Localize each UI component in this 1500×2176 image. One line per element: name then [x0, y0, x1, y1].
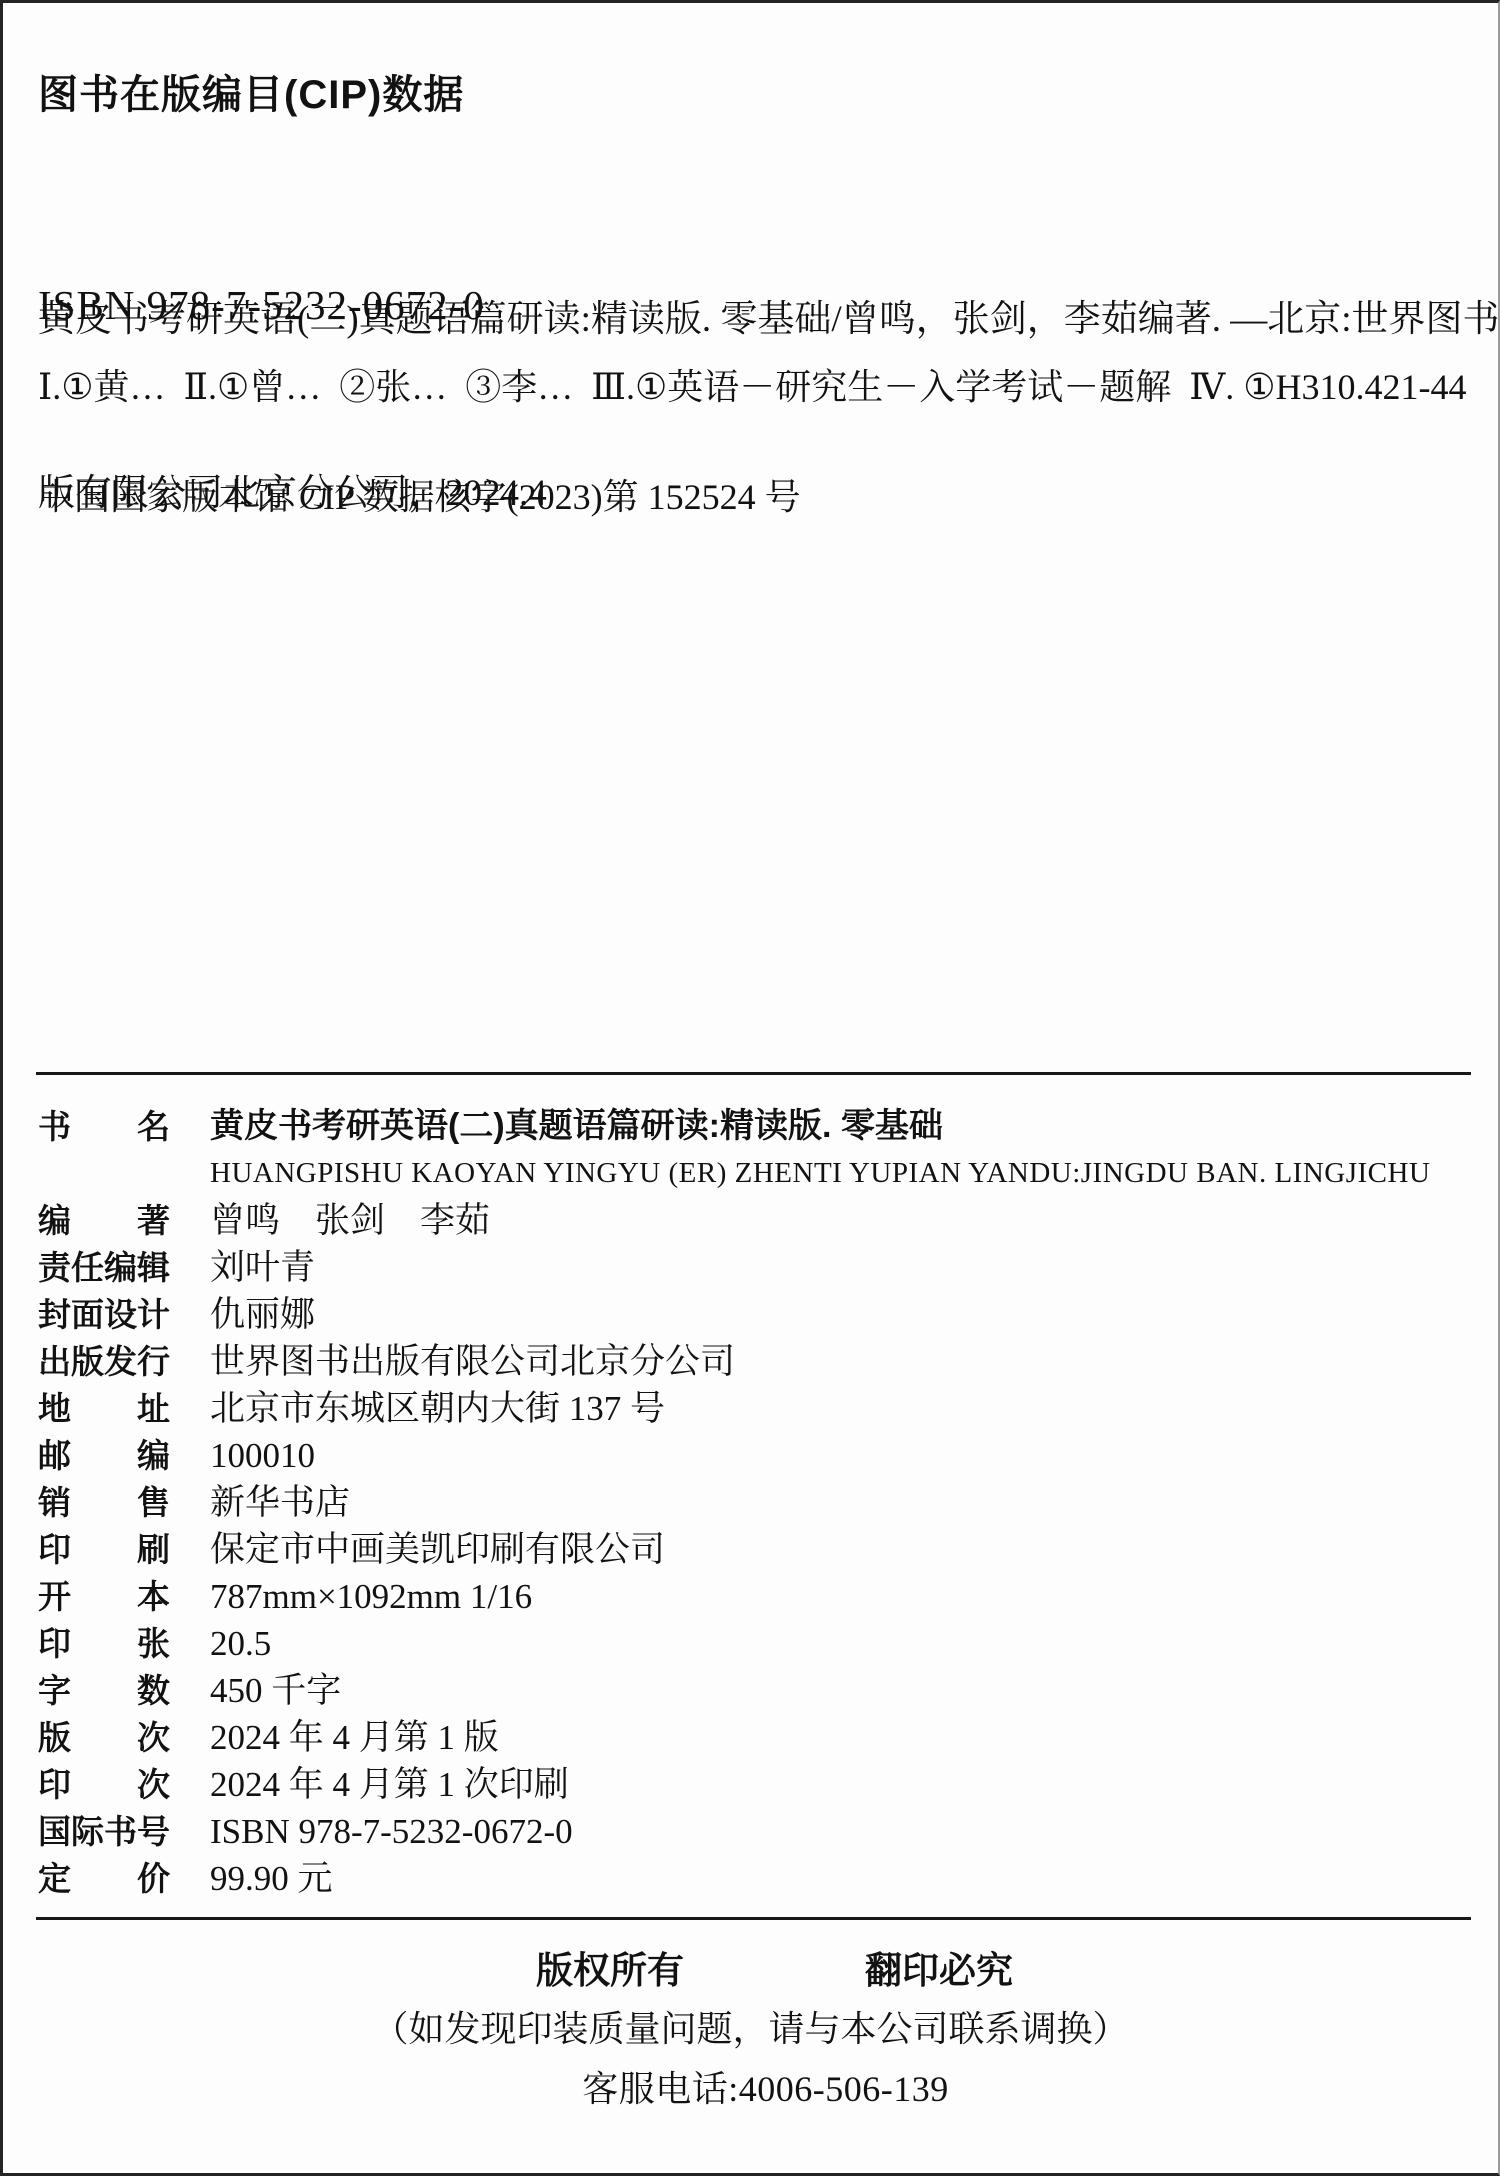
colophon-row-value: 99.90 元	[170, 1855, 333, 1902]
colophon-row-value: 2024 年 4 月第 1 版	[170, 1714, 499, 1761]
colophon-row-distribution: 销售 新华书店	[38, 1479, 1466, 1526]
colophon-row-label: 开本	[38, 1573, 170, 1620]
colophon-row-book-title: 书名 黄皮书考研英语(二)真题语篇研读:精读版. 零基础	[38, 1103, 1466, 1150]
service-hotline: 客服电话:4006-506-139	[33, 2061, 1498, 2112]
colophon-row-value: 刘叶青	[170, 1244, 315, 1291]
colophon-row-label: 印刷	[38, 1526, 170, 1573]
colophon-row-editor: 责任编辑 刘叶青	[38, 1244, 1466, 1291]
colophon-row-value: 北京市东城区朝内大街 137 号	[170, 1385, 665, 1432]
no-reprint-label: 翻印必究	[865, 1951, 1013, 1991]
colophon-row-label: 书名	[38, 1103, 170, 1150]
colophon-row-isbn: 国际书号 ISBN 978-7-5232-0672-0	[38, 1808, 1466, 1855]
colophon-row-label: 出版发行	[38, 1338, 170, 1385]
colophon-row-value: 787mm×1092mm 1/16	[170, 1573, 532, 1620]
cip-header: 图书在版编目(CIP)数据	[38, 63, 464, 120]
colophon-row-printer: 印刷 保定市中画美凯印刷有限公司	[38, 1526, 1466, 1573]
colophon-row-value: 仇丽娜	[170, 1291, 315, 1338]
colophon-row-value: 世界图书出版有限公司北京分公司	[170, 1338, 735, 1385]
colophon-row-value: 20.5	[170, 1620, 271, 1667]
colophon-row-pinyin: HUANGPISHU KAOYAN YINGYU (ER) ZHENTI YUP…	[38, 1150, 1466, 1197]
divider-line-bottom	[36, 1917, 1471, 1920]
colophon-row-value: 450 千字	[170, 1667, 341, 1714]
colophon-row-value: 2024 年 4 月第 1 次印刷	[170, 1761, 569, 1808]
colophon-row-impression: 印次 2024 年 4 月第 1 次印刷	[38, 1761, 1466, 1808]
colophon-row-cover-design: 封面设计 仇丽娜	[38, 1291, 1466, 1338]
colophon-row-value: 100010	[170, 1432, 315, 1479]
book-title-pinyin: HUANGPISHU KAOYAN YINGYU (ER) ZHENTI YUP…	[38, 1150, 1430, 1197]
colophon-row-label: 责任编辑	[38, 1244, 170, 1291]
colophon-row-label: 国际书号	[38, 1808, 170, 1855]
colophon-row-value: 新华书店	[170, 1479, 350, 1526]
colophon-row-price: 定价 99.90 元	[38, 1855, 1466, 1902]
colophon-row-address: 地址 北京市东城区朝内大街 137 号	[38, 1385, 1466, 1432]
colophon-row-label: 印张	[38, 1620, 170, 1667]
colophon-row-value: 黄皮书考研英语(二)真题语篇研读:精读版. 零基础	[170, 1103, 943, 1150]
colophon-row-authors: 编著 曾鸣 张剑 李茹	[38, 1197, 1466, 1244]
colophon-row-value: ISBN 978-7-5232-0672-0	[170, 1808, 573, 1855]
colophon-row-label: 字数	[38, 1667, 170, 1714]
colophon-row-edition: 版次 2024 年 4 月第 1 版	[38, 1714, 1466, 1761]
colophon-row-label: 封面设计	[38, 1291, 170, 1338]
divider-line-top	[36, 1072, 1471, 1075]
colophon-row-label: 地址	[38, 1385, 170, 1432]
cip-record-number-line: 中国国家版本馆 CIP 数据核字(2023)第 152524 号	[38, 469, 801, 520]
cip-copyright-page: 图书在版编目(CIP)数据 黄皮书考研英语(二)真题语篇研读:精读版. 零基础/…	[0, 0, 1500, 2176]
colophon-row-label: 版次	[38, 1714, 170, 1761]
colophon-row-value: 曾鸣 张剑 李茹	[170, 1197, 490, 1244]
colophon-row-format: 开本 787mm×1092mm 1/16	[38, 1573, 1466, 1620]
colophon-row-word-count: 字数 450 千字	[38, 1667, 1466, 1714]
colophon-row-postcode: 邮编 100010	[38, 1432, 1466, 1479]
colophon-row-label: 销售	[38, 1479, 170, 1526]
colophon-row-publisher: 出版发行 世界图书出版有限公司北京分公司	[38, 1338, 1466, 1385]
colophon-row-label: 定价	[38, 1855, 170, 1902]
cip-classification-line: Ⅰ.①黄… Ⅱ.①曾… ②张… ③李… Ⅲ.①英语－研究生－入学考试－题解 Ⅳ.…	[38, 359, 1466, 410]
isbn-line: ISBN 978-7-5232-0672-0	[38, 283, 485, 327]
rights-reserved-label: 版权所有	[536, 1951, 684, 1991]
colophon-row-label: 邮编	[38, 1432, 170, 1479]
quality-notice: （如发现印装质量问题，请与本公司联系调换）	[3, 2001, 1498, 2052]
colophon-row-label: 印次	[38, 1761, 170, 1808]
colophon-row-label: 编著	[38, 1197, 170, 1244]
colophon-row-value: 保定市中画美凯印刷有限公司	[170, 1526, 665, 1573]
colophon-row-sheets: 印张 20.5	[38, 1620, 1466, 1667]
colophon-table: 书名 黄皮书考研英语(二)真题语篇研读:精读版. 零基础 HUANGPISHU …	[38, 1103, 1466, 1902]
